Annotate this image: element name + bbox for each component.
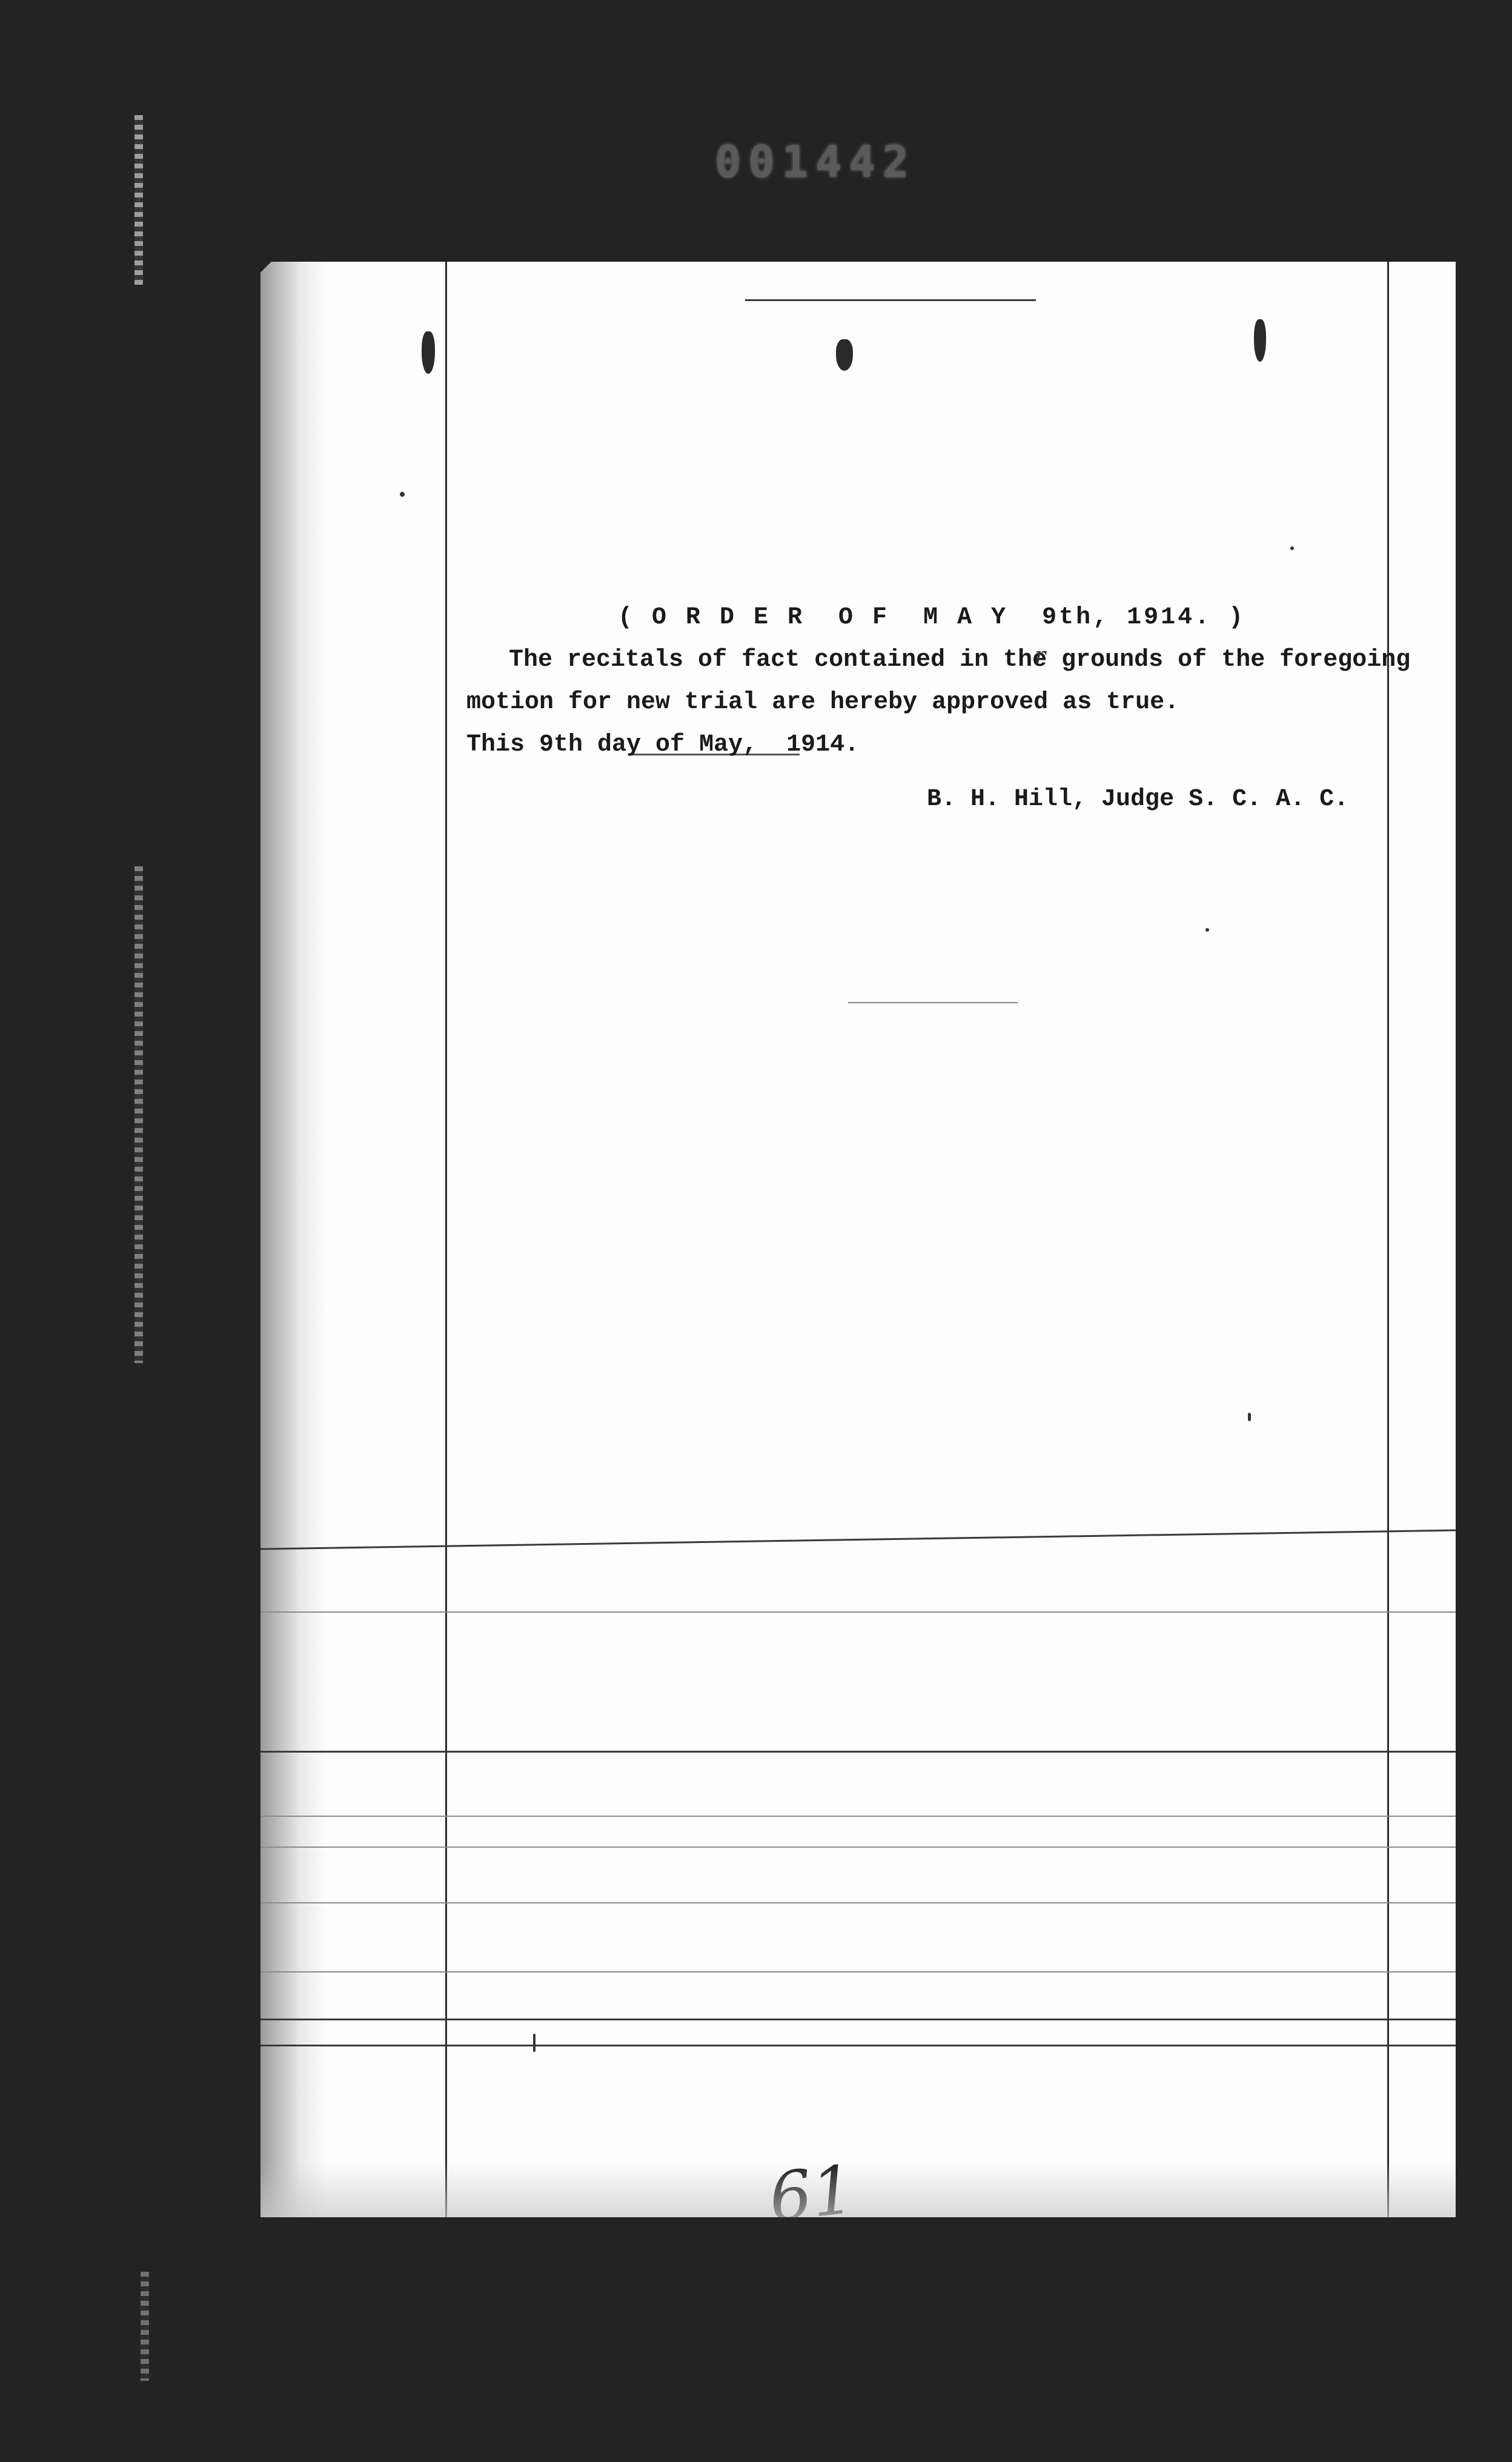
film-edge-mark	[141, 2272, 149, 2381]
ruled-line	[260, 1971, 1456, 1973]
punch-hole-mark	[1254, 319, 1266, 362]
ruled-line	[260, 1846, 1456, 1848]
date-line: This 9th day of May, 1914.	[466, 731, 859, 758]
speck	[1290, 546, 1294, 550]
handwritten-correction: r	[1035, 642, 1046, 669]
ruled-line	[260, 1816, 1456, 1817]
film-edge-mark	[134, 115, 143, 285]
judge-signature: B. H. Hill, Judge S. C. A. C.	[927, 786, 1348, 813]
speck	[1248, 1413, 1251, 1421]
punch-hole-mark	[836, 339, 853, 371]
ruled-line	[260, 1611, 1456, 1613]
ruled-line	[260, 1902, 1456, 1903]
document-page: ( O R D E R O F M A Y 9th, 1914. ) The r…	[260, 262, 1456, 2217]
right-margin-line	[1387, 262, 1389, 2217]
ruled-line-fragment	[848, 1002, 1018, 1003]
punch-hole-mark	[422, 331, 435, 374]
ruled-line	[260, 2045, 1456, 2046]
order-title: ( O R D E R O F M A Y 9th, 1914. )	[618, 604, 1245, 631]
ruled-line	[260, 1530, 1456, 1550]
speck	[1205, 928, 1209, 932]
ruled-line	[260, 2019, 1456, 2020]
body-line: motion for new trial are hereby approved…	[466, 689, 1179, 716]
ruled-line-fragment	[745, 299, 1036, 301]
left-margin-line	[445, 262, 447, 2217]
speck	[400, 492, 405, 497]
handwritten-page-number: 61	[766, 2151, 858, 2237]
speck	[533, 2034, 535, 2052]
body-line: The recitals of fact contained in the gr…	[509, 646, 1410, 674]
ruled-line	[260, 1751, 1456, 1753]
frame-counter: 001442	[715, 136, 916, 187]
film-edge-mark	[134, 866, 143, 1363]
